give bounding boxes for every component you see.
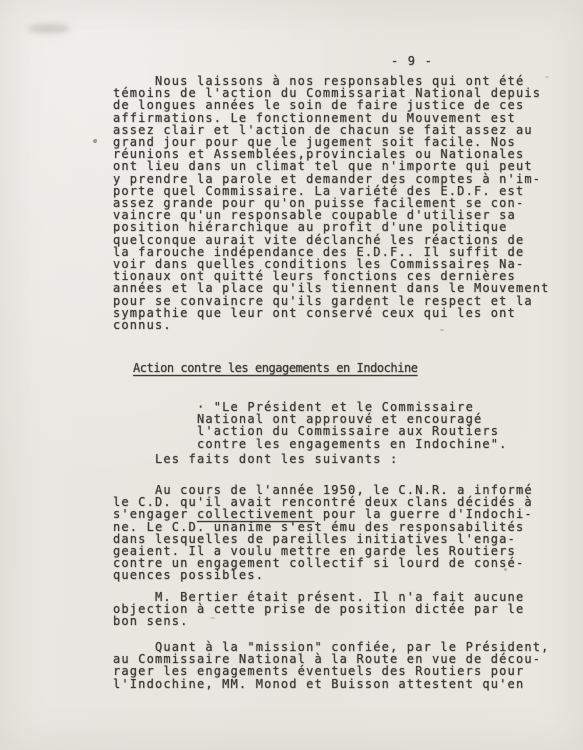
scan-speck (504, 568, 507, 571)
scan-smudge (28, 24, 70, 33)
scan-speck (92, 138, 97, 143)
section-heading-text: Action contre les engagements en Indochi… (133, 361, 418, 375)
paragraph-cnr-1950: Au cours de l'année 1950, le C.N.R. a in… (113, 484, 533, 582)
paragraph-cnr-end: ne. Le C.D. unanime s'est ému des respon… (113, 521, 533, 582)
paragraph-mission: Quant à la "mission" confiée, par le Pré… (113, 641, 550, 690)
les-faits-line: Les faits dont les suivants : (113, 453, 398, 465)
quote-block: · "Le Président et le Commissaire Nation… (113, 401, 508, 450)
paragraph-cnr-underline-line: s'engager collectivement pour la guerre … (113, 508, 533, 520)
scan-speck (545, 76, 549, 78)
section-heading: Action contre les engagements en Indochi… (133, 362, 418, 374)
paragraph-cnr-start: Au cours de l'année 1950, le C.N.R. a in… (113, 484, 533, 508)
paragraph-intro: Nous laissons à nos responsables qui ont… (113, 75, 550, 331)
scan-speck (210, 617, 215, 619)
page-number: - 9 - (391, 55, 433, 67)
scan-speck (440, 329, 444, 331)
scanned-document-page: - 9 - Nous laissons à nos responsables q… (0, 0, 583, 750)
paragraph-bertier: M. Bertier était présent. Il n'a fait au… (113, 591, 524, 628)
